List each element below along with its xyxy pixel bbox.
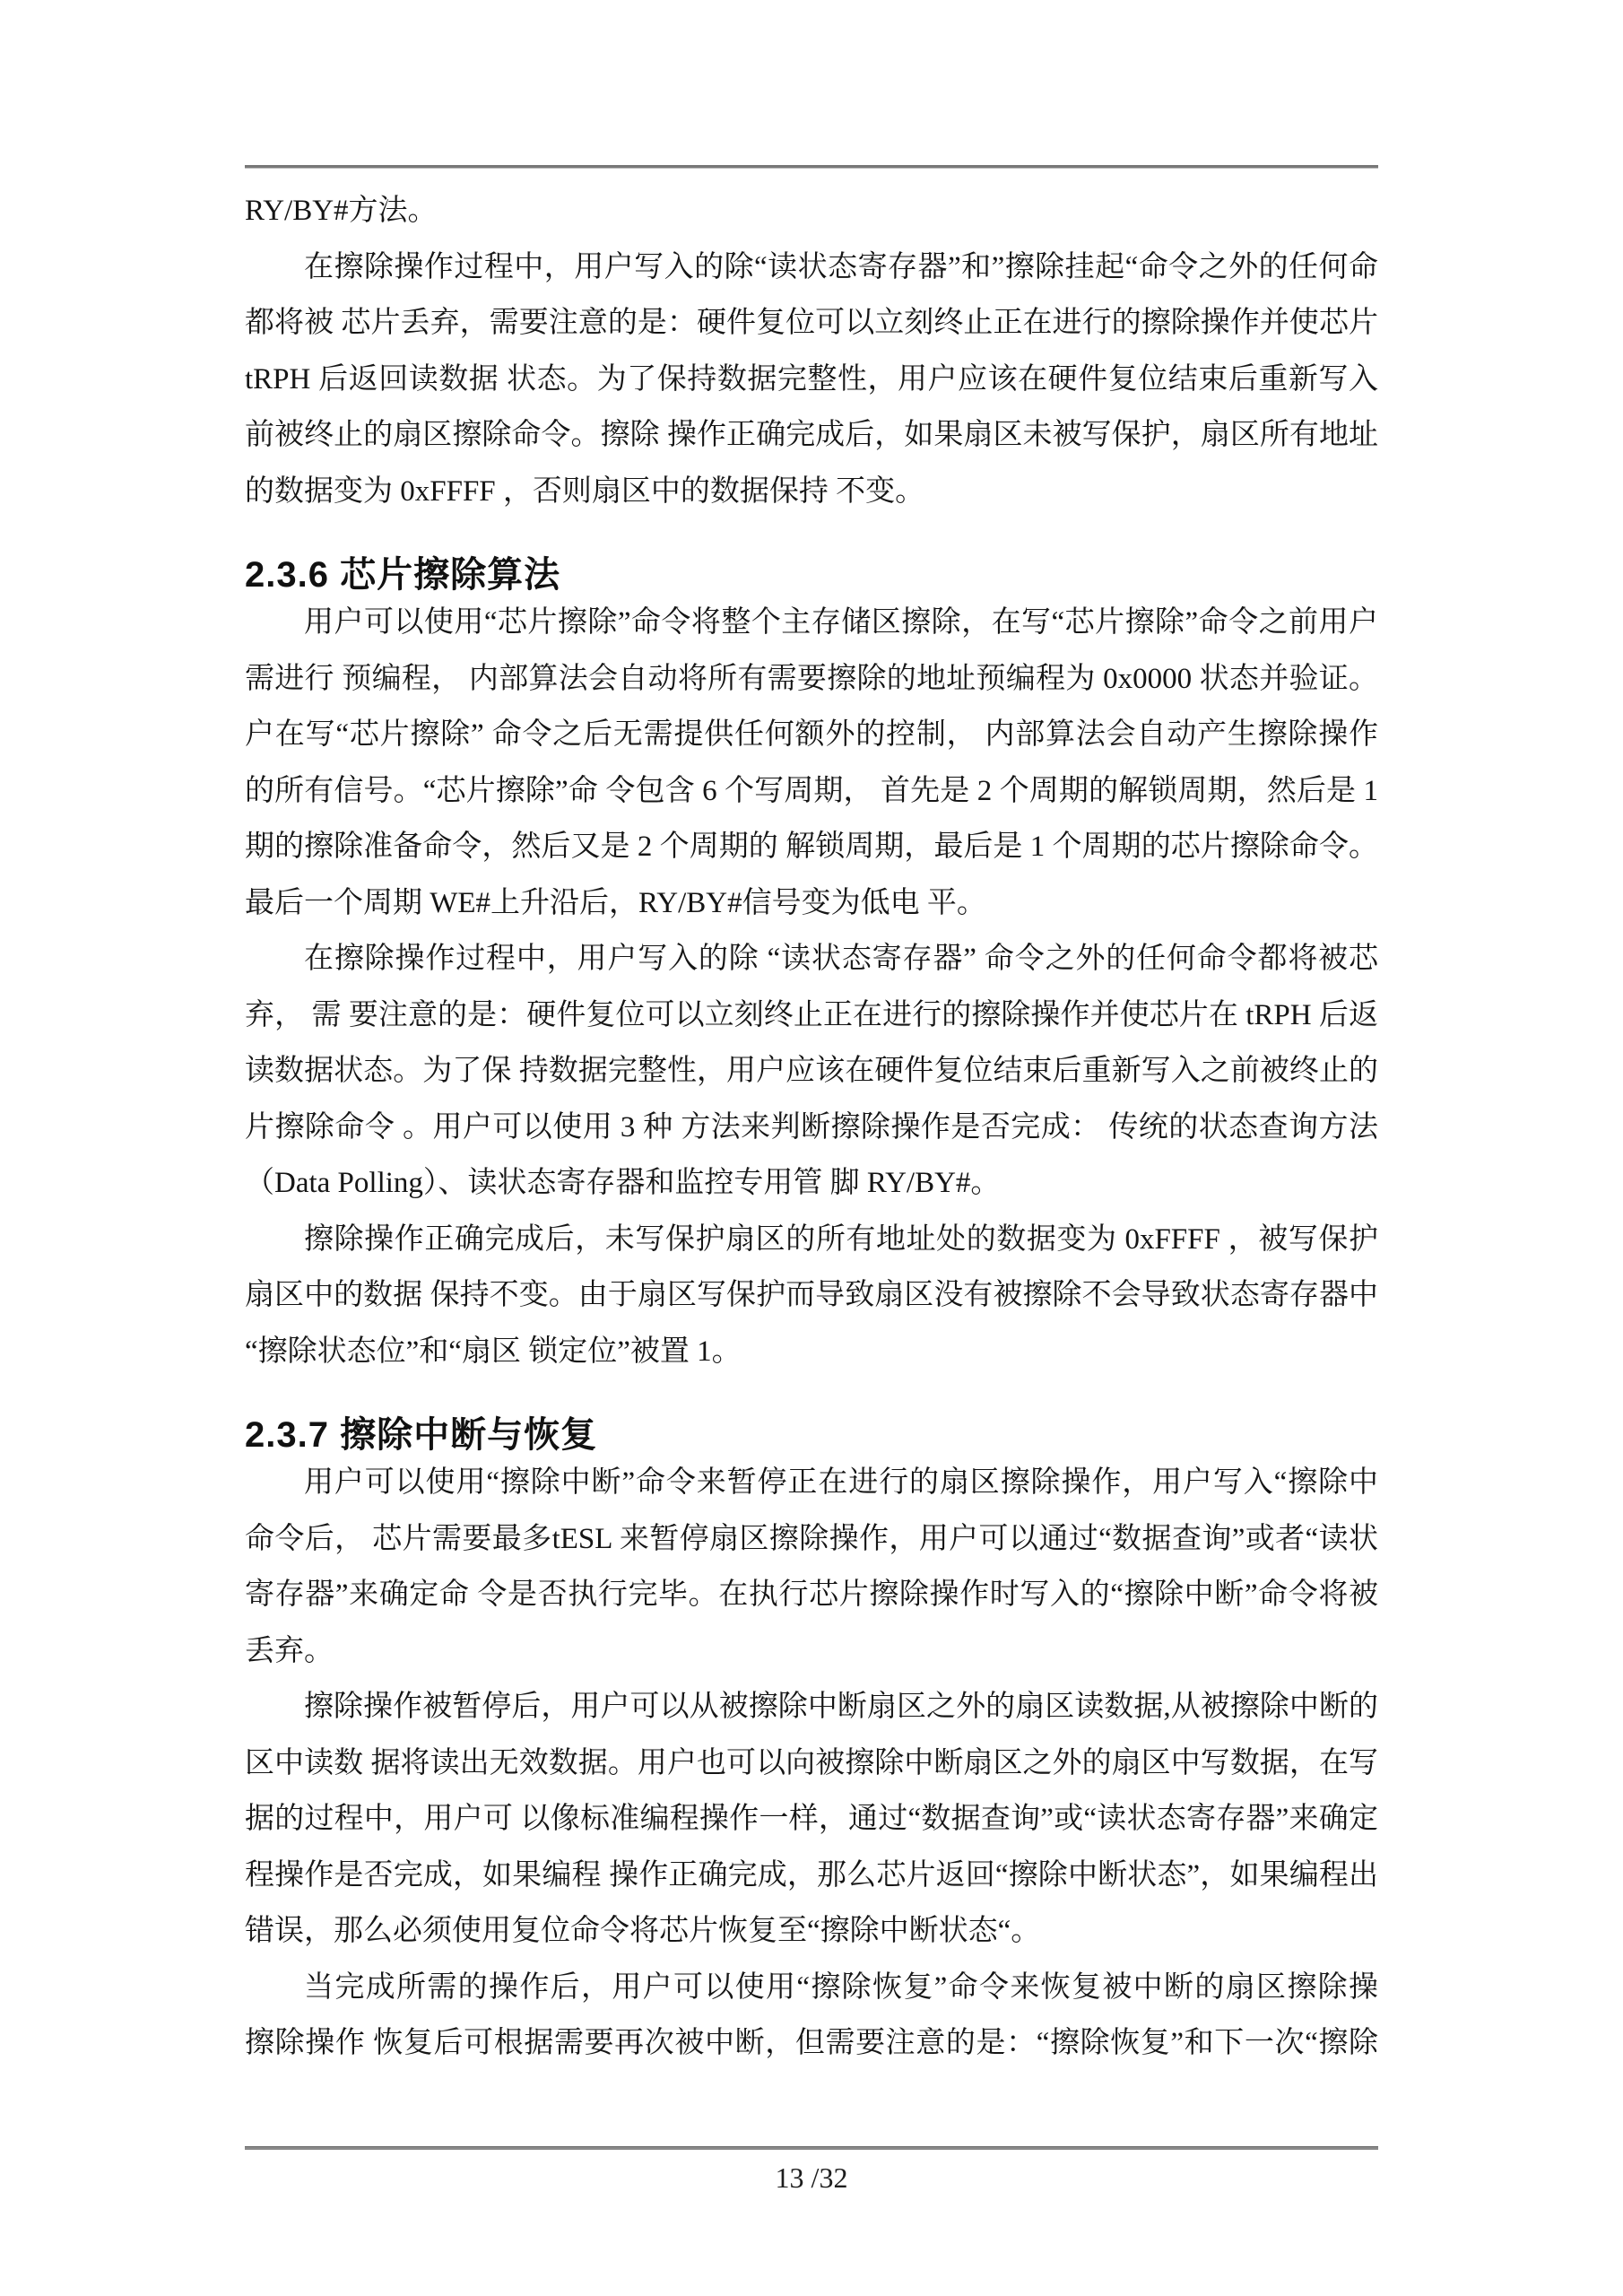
body-text-line: 的所有信号。“芯片擦除”命 令包含 6 个写周期， 首先是 2 个周期的解锁周期… [245, 763, 1378, 820]
body-text-line: 擦除操作正确完成后，未写保护扇区的所有地址处的数据变为 0xFFFF ，被写保护… [245, 1212, 1378, 1268]
section-heading: 2.3.6 芯片擦除算法 [245, 519, 1378, 595]
body-text-line: “擦除状态位”和“扇区 锁定位”被置 1。 [245, 1324, 1378, 1380]
body-text-line: （Data Polling）、读状态寄存器和监控专用管 脚 RY/BY#。 [245, 1155, 1378, 1212]
body-text-line: 在擦除操作过程中，用户写入的除 “读状态寄存器” 命令之外的任何命令都将被芯片丢 [245, 931, 1378, 987]
body-text-line: 用户可以使用“芯片擦除”命令将整个主存储区擦除，在写“芯片擦除”命令之前用户无 [245, 595, 1378, 651]
document-page: RY/BY#方法。在擦除操作过程中，用户写入的除“读状态寄存器”和”擦除挂起“命… [0, 0, 1623, 2296]
body-text-line: tRPH 后返回读数据 状态。为了保持数据完整性，用户应该在硬件复位结束后重新写… [245, 352, 1378, 408]
body-text-line: 当完成所需的操作后，用户可以使用“擦除恢复”命令来恢复被中断的扇区擦除操作， [245, 1960, 1378, 2016]
page-number: 13 /32 [0, 2158, 1623, 2197]
body-text-line: 命令后， 芯片需要最多tESL 来暂停扇区擦除操作，用户可以通过“数据查询”或者… [245, 1511, 1378, 1568]
document-content: RY/BY#方法。在擦除操作过程中，用户写入的除“读状态寄存器”和”擦除挂起“命… [245, 183, 1378, 2072]
body-text-line: 丢弃。 [245, 1623, 1378, 1680]
body-text-line: 据的过程中，用户可 以像标准编程操作一样，通过“数据查询”或“读状态寄存器”来确… [245, 1791, 1378, 1848]
body-text-line: 程操作是否完成，如果编程 操作正确完成，那么芯片返回“擦除中断状态”，如果编程出… [245, 1848, 1378, 1904]
body-text-line: 户在写“芯片擦除” 命令之后无需提供任何额外的控制， 内部算法会自动产生擦除操作… [245, 707, 1378, 763]
body-text-line: 擦除操作被暂停后，用户可以从被擦除中断扇区之外的扇区读数据,从被擦除中断的扇 [245, 1679, 1378, 1735]
body-text-line: 片擦除命令 。用户可以使用 3 种 方法来判断擦除操作是否完成： 传统的状态查询… [245, 1100, 1378, 1156]
footer-rule [245, 2146, 1378, 2150]
body-text-line: 扇区中的数据 保持不变。由于扇区写保护而导致扇区没有被擦除不会导致状态寄存器中的 [245, 1267, 1378, 1324]
body-text-line: 区中读数 据将读出无效数据。用户也可以向被擦除中断扇区之外的扇区中写数据，在写数 [245, 1735, 1378, 1792]
body-text-line: 最后一个周期 WE#上升沿后，RY/BY#信号变为低电 平。 [245, 875, 1378, 932]
body-text-line: 前被终止的扇区擦除命令。擦除 操作正确完成后，如果扇区未被写保护，扇区所有地址处 [245, 407, 1378, 464]
body-text-line: 需进行 预编程， 内部算法会自动将所有需要擦除的地址预编程为 0x0000 状态… [245, 651, 1378, 708]
body-text-line: 弃， 需 要注意的是：硬件复位可以立刻终止正在进行的擦除操作并使芯片在 tRPH… [245, 987, 1378, 1044]
header-rule [245, 165, 1378, 169]
section-heading: 2.3.7 擦除中断与恢复 [245, 1379, 1378, 1455]
paragraph: 用户可以使用“擦除中断”命令来暂停正在进行的扇区擦除操作，用户写入“擦除中断”命… [245, 1455, 1378, 1679]
continued-paragraph: RY/BY#方法。 [245, 183, 1378, 239]
paragraph: 在擦除操作过程中，用户写入的除 “读状态寄存器” 命令之外的任何命令都将被芯片丢… [245, 931, 1378, 1212]
paragraph: 擦除操作正确完成后，未写保护扇区的所有地址处的数据变为 0xFFFF ，被写保护… [245, 1212, 1378, 1380]
paragraph: 当完成所需的操作后，用户可以使用“擦除恢复”命令来恢复被中断的扇区擦除操作，擦除… [245, 1960, 1378, 2072]
paragraph: 用户可以使用“芯片擦除”命令将整个主存储区擦除，在写“芯片擦除”命令之前用户无需… [245, 595, 1378, 931]
body-text-line: 读数据状态。为了保 持数据完整性，用户应该在硬件复位结束后重新写入之前被终止的芯 [245, 1043, 1378, 1100]
body-text-line: 用户可以使用“擦除中断”命令来暂停正在进行的扇区擦除操作，用户写入“擦除中断” [245, 1455, 1378, 1511]
body-text-line: 期的擦除准备命令，然后又是 2 个周期的 解锁周期，最后是 1 个周期的芯片擦除… [245, 819, 1378, 875]
body-text-line: 错误，那么必须使用复位命令将芯片恢复至“擦除中断状态“。 [245, 1903, 1378, 1960]
body-text-line: RY/BY#方法。 [245, 183, 1378, 239]
body-text-line: 擦除操作 恢复后可根据需要再次被中断，但需要注意的是：“擦除恢复”和下一次“擦除… [245, 2015, 1378, 2072]
body-text-line: 的数据变为 0xFFFF ，否则扇区中的数据保持 不变。 [245, 464, 1378, 520]
paragraph: 在擦除操作过程中，用户写入的除“读状态寄存器”和”擦除挂起“命令之外的任何命令都… [245, 239, 1378, 520]
paragraph: 擦除操作被暂停后，用户可以从被擦除中断扇区之外的扇区读数据,从被擦除中断的扇区中… [245, 1679, 1378, 1960]
body-text-line: 都将被 芯片丢弃，需要注意的是：硬件复位可以立刻终止正在进行的擦除操作并使芯片在 [245, 295, 1378, 352]
body-text-line: 寄存器”来确定命 令是否执行完毕。在执行芯片擦除操作时写入的“擦除中断”命令将被… [245, 1567, 1378, 1623]
body-text-line: 在擦除操作过程中，用户写入的除“读状态寄存器”和”擦除挂起“命令之外的任何命令 [245, 239, 1378, 296]
